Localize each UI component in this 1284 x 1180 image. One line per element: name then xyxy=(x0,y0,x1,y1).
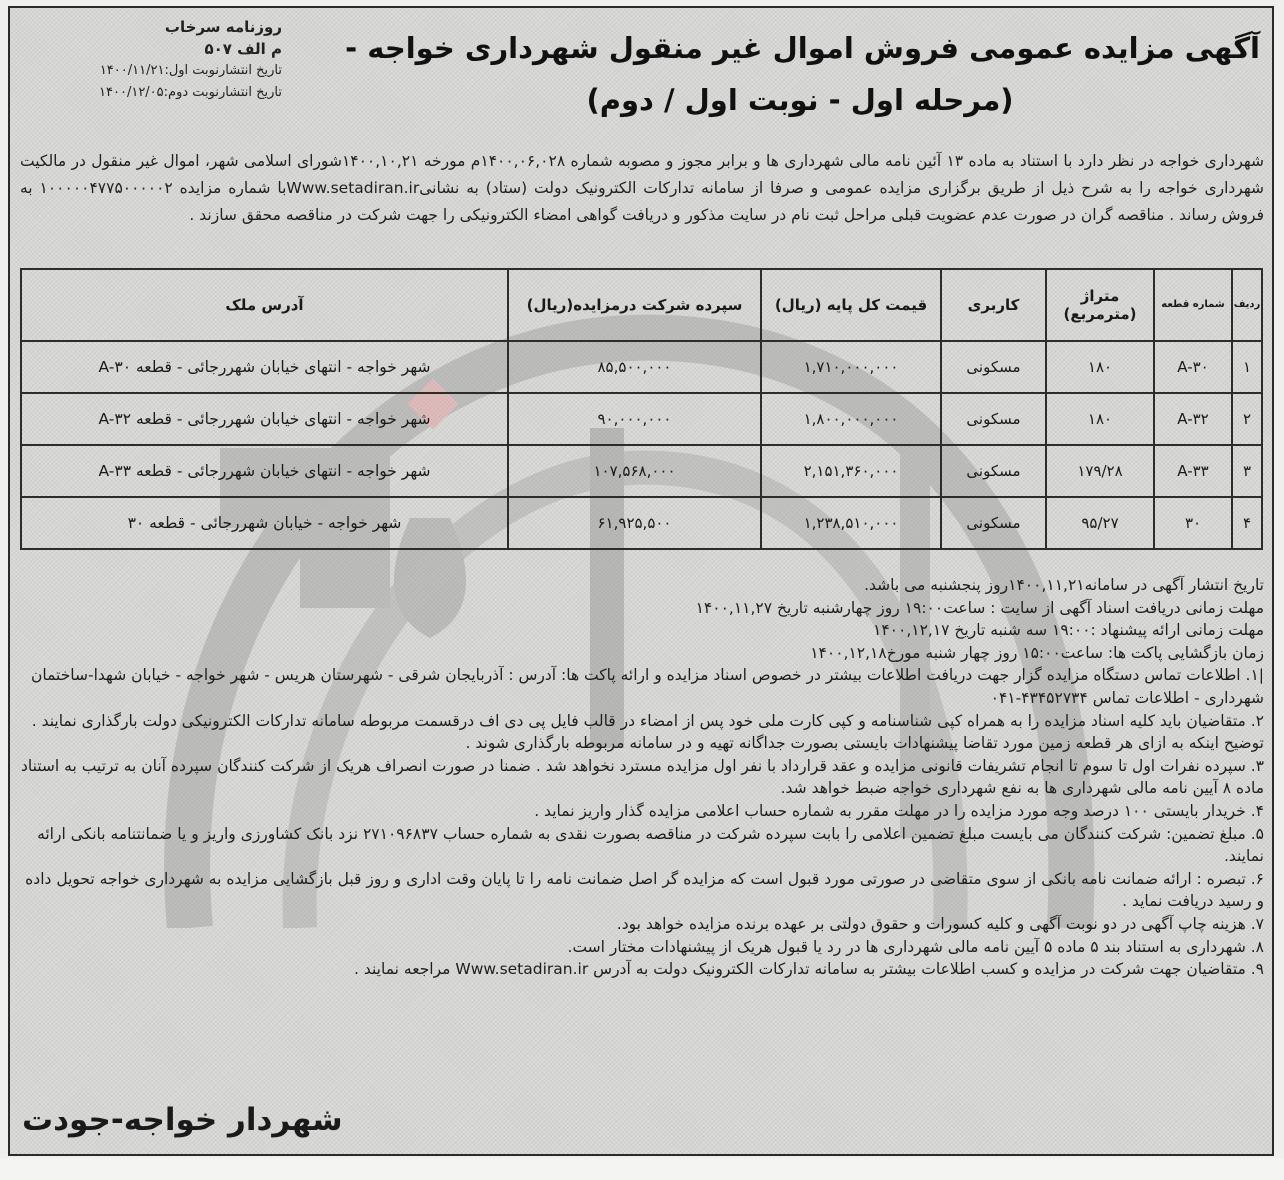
notes-section: تاریخ انتشار آگهی در سامانه۱۴۰۰,۱۱,۲۱روز… xyxy=(20,574,1264,981)
note-item-9-website: ۹. متقاضیان جهت شرکت در مزایده و کسب اطل… xyxy=(20,958,1264,981)
cell-lot-number: ۳۰ xyxy=(1154,497,1232,549)
notice-header: روزنامه سرخاب م الف ۵۰۷ تاریخ انتشارنوبت… xyxy=(10,8,1272,136)
header-deposit: سپرده شرکت درمزایده(ریال) xyxy=(508,269,761,341)
newspaper-info: روزنامه سرخاب م الف ۵۰۷ تاریخ انتشارنوبت… xyxy=(22,16,282,104)
cell-row: ۴ xyxy=(1232,497,1262,549)
cell-row: ۱ xyxy=(1232,341,1262,393)
cell-deposit: ۱۰۷,۵۶۸,۰۰۰ xyxy=(508,445,761,497)
cell-lot-number: A-۳۳ xyxy=(1154,445,1232,497)
cell-base-price: ۱,۷۱۰,۰۰۰,۰۰۰ xyxy=(761,341,941,393)
auction-notice: روزنامه سرخاب م الف ۵۰۷ تاریخ انتشارنوبت… xyxy=(8,6,1274,1156)
cell-area: ۹۵/۲۷ xyxy=(1046,497,1154,549)
cell-deposit: ۶۱,۹۲۵,۵۰۰ xyxy=(508,497,761,549)
cell-usage: مسکونی xyxy=(941,445,1046,497)
table-row: ۱ A-۳۰ ۱۸۰ مسکونی ۱,۷۱۰,۰۰۰,۰۰۰ ۸۵,۵۰۰,۰… xyxy=(21,341,1262,393)
properties-table: ردیف شماره قطعه متراژ (مترمربع) کاربری ق… xyxy=(20,268,1263,550)
header-address: آدرس ملک xyxy=(21,269,508,341)
note-item-2-documents: ۲. متقاضیان باید کلیه اسناد مزایده را به… xyxy=(20,710,1264,755)
header-lot-number: شماره قطعه xyxy=(1154,269,1232,341)
cell-area: ۱۷۹/۲۸ xyxy=(1046,445,1154,497)
note-publication-date: تاریخ انتشار آگهی در سامانه۱۴۰۰,۱۱,۲۱روز… xyxy=(20,574,1264,597)
title-line-1: آگهی مزایده عمومی فروش اموال غیر منقول ش… xyxy=(345,31,1260,65)
cell-usage: مسکونی xyxy=(941,497,1046,549)
cell-area: ۱۸۰ xyxy=(1046,341,1154,393)
cell-address: شهر خواجه - انتهای خیابان شهررجائی - قطع… xyxy=(21,341,508,393)
cell-area: ۱۸۰ xyxy=(1046,393,1154,445)
cell-usage: مسکونی xyxy=(941,341,1046,393)
note-bid-deadline: مهلت زمانی ارائه پیشنهاد :۱۹:۰۰ سه شنبه … xyxy=(20,619,1264,642)
cell-usage: مسکونی xyxy=(941,393,1046,445)
table-header-row: ردیف شماره قطعه متراژ (مترمربع) کاربری ق… xyxy=(21,269,1262,341)
table-row: ۴ ۳۰ ۹۵/۲۷ مسکونی ۱,۲۳۸,۵۱۰,۰۰۰ ۶۱,۹۲۵,۵… xyxy=(21,497,1262,549)
table-row: ۲ A-۳۲ ۱۸۰ مسکونی ۱,۸۰۰,۰۰۰,۰۰۰ ۹۰,۰۰۰,۰… xyxy=(21,393,1262,445)
page-margin xyxy=(0,1158,1284,1180)
cell-base-price: ۲,۱۵۱,۳۶۰,۰۰۰ xyxy=(761,445,941,497)
intro-paragraph: شهرداری خواجه در نظر دارد با استناد به م… xyxy=(20,148,1264,229)
cell-deposit: ۸۵,۵۰۰,۰۰۰ xyxy=(508,341,761,393)
table-row: ۳ A-۳۳ ۱۷۹/۲۸ مسکونی ۲,۱۵۱,۳۶۰,۰۰۰ ۱۰۷,۵… xyxy=(21,445,1262,497)
cell-base-price: ۱,۸۰۰,۰۰۰,۰۰۰ xyxy=(761,393,941,445)
header-row-number: ردیف xyxy=(1232,269,1262,341)
first-publication-date: تاریخ انتشارنوبت اول:۱۴۰۰/۱۱/۲۱ xyxy=(22,60,282,82)
note-document-deadline: مهلت زمانی دریافت اسناد آگهی از سایت : س… xyxy=(20,597,1264,620)
note-item-4-payment: ۴. خریدار بایستی ۱۰۰ درصد وجه مورد مزاید… xyxy=(20,800,1264,823)
header-area: متراژ (مترمربع) xyxy=(1046,269,1154,341)
notice-title: آگهی مزایده عمومی فروش اموال غیر منقول ش… xyxy=(310,22,1260,126)
cell-address: شهر خواجه - خیابان شهررجائی - قطعه ۳۰ xyxy=(21,497,508,549)
note-item-3-deposits: ۳. سپرده نفرات اول تا سوم تا انجام تشریف… xyxy=(20,755,1264,800)
note-item-1-contact: |۱. اطلاعات تماس دستگاه مزایده گزار جهت … xyxy=(20,664,1264,709)
second-publication-date: تاریخ انتشارنوبت دوم:۱۴۰۰/۱۲/۰۵ xyxy=(22,82,282,104)
note-opening-time: زمان بازگشایی پاکت ها: ساعت۱۵:۰۰ روز چها… xyxy=(20,642,1264,665)
title-line-2: (مرحله اول - نوبت اول / دوم) xyxy=(310,74,1260,126)
note-item-5-guarantee: ۵. مبلغ تضمین: شرکت کنندگان می بایست مبل… xyxy=(20,823,1264,868)
cell-address: شهر خواجه - انتهای خیابان شهررجائی - قطع… xyxy=(21,393,508,445)
mayor-signature: شهردار خواجه-جودت xyxy=(22,1102,343,1138)
header-usage: کاربری xyxy=(941,269,1046,341)
cell-address: شهر خواجه - انتهای خیابان شهررجائی - قطع… xyxy=(21,445,508,497)
newspaper-name: روزنامه سرخاب xyxy=(22,16,282,38)
cell-deposit: ۹۰,۰۰۰,۰۰۰ xyxy=(508,393,761,445)
note-item-8-rights: ۸. شهرداری به استناد بند ۵ ماده ۵ آیین ن… xyxy=(20,936,1264,959)
header-base-price: قیمت کل پایه (ریال) xyxy=(761,269,941,341)
issue-number: م الف ۵۰۷ xyxy=(22,38,282,60)
note-item-6-bank-guarantee: ۶. تبصره : ارائه ضمانت نامه بانکی از سوی… xyxy=(20,868,1264,913)
cell-lot-number: A-۳۰ xyxy=(1154,341,1232,393)
cell-row: ۳ xyxy=(1232,445,1262,497)
cell-base-price: ۱,۲۳۸,۵۱۰,۰۰۰ xyxy=(761,497,941,549)
note-item-7-costs: ۷. هزینه چاپ آگهی در دو نوبت آگهی و کلیه… xyxy=(20,913,1264,936)
cell-lot-number: A-۳۲ xyxy=(1154,393,1232,445)
cell-row: ۲ xyxy=(1232,393,1262,445)
